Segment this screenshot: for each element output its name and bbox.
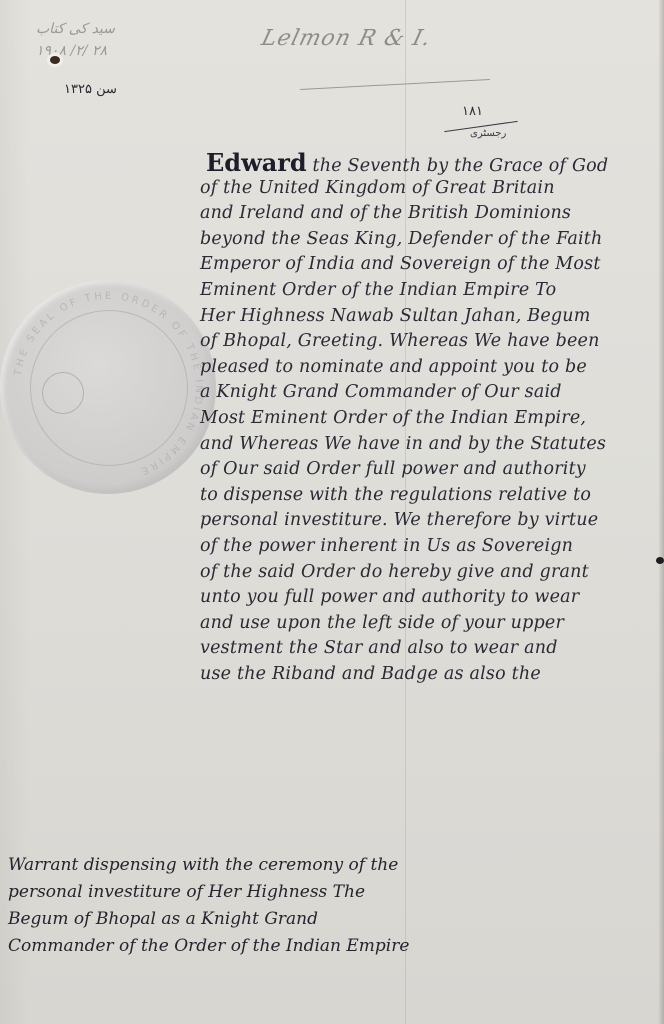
punch-hole — [50, 56, 60, 64]
body-line: personal investiture. We therefore by vi… — [200, 508, 660, 534]
document-page: سید کی کتاب ۲۸ /۲/ ۱۹۰۸ سن ۱۳۲۵ Lelmon R… — [0, 0, 664, 1024]
reference-number: ١٨١ — [462, 104, 483, 119]
endorsement-text: Warrant dispensing with the ceremony of … — [8, 852, 528, 960]
tudor-rose-icon — [42, 372, 84, 414]
body-line: of Our said Order full power and authori… — [200, 457, 660, 483]
endorsement-line: Begum of Bhopal as a Knight Grand — [8, 906, 528, 933]
body-line: of the said Order do hereby give and gra… — [200, 560, 660, 586]
embossed-seal: THE SEAL OF THE ORDER OF THE INDIAN EMPI… — [0, 280, 216, 494]
endorsement-line: Commander of the Order of the Indian Emp… — [8, 933, 528, 960]
body-line: unto you full power and authority to wea… — [200, 585, 660, 611]
endorsement-line: personal investiture of Her Highness The — [8, 879, 528, 906]
body-line: of Bhopal, Greeting. Whereas We have bee… — [200, 329, 660, 355]
body-line: beyond the Seas King, Defender of the Fa… — [200, 227, 660, 253]
body-line: and use upon the left side of your upper — [200, 611, 660, 637]
body-line: Most Eminent Order of the Indian Empire, — [200, 406, 660, 432]
urdu-note-line: سید کی کتاب — [36, 18, 166, 40]
body-line: Emperor of India and Sovereign of the Mo… — [200, 252, 660, 278]
body-line: and Ireland and of the British Dominions — [200, 201, 660, 227]
pencil-signature: Lelmon R & I. — [259, 26, 434, 51]
body-line: use the Riband and Badge as also the — [200, 662, 660, 688]
reference-sub-note: رجسٹری — [470, 128, 506, 139]
urdu-ink-note: سن ۱۳۲۵ — [64, 82, 117, 97]
dropcap-edward: Edward — [206, 148, 307, 177]
endorsement-line: Warrant dispensing with the ceremony of … — [8, 852, 528, 879]
warrant-body: Edward the Seventh by the Grace of God o… — [200, 150, 660, 687]
body-line: to dispense with the regulations relativ… — [200, 483, 660, 509]
body-line: of the power inherent in Us as Sovereign — [200, 534, 660, 560]
body-line: Eminent Order of the Indian Empire To — [200, 278, 660, 304]
signature-underline — [300, 79, 490, 90]
body-line: vestment the Star and also to wear and — [200, 636, 660, 662]
body-line: Her Highness Nawab Sultan Jahan, Begum — [200, 304, 660, 330]
body-line: and Whereas We have in and by the Statut… — [200, 432, 660, 458]
body-line: pleased to nominate and appoint you to b… — [200, 355, 660, 381]
ink-blot — [656, 557, 664, 564]
body-line: of the United Kingdom of Great Britain — [200, 176, 660, 202]
body-line: a Knight Grand Commander of Our said — [200, 380, 660, 406]
body-line: Edward the Seventh by the Grace of God — [200, 150, 660, 176]
